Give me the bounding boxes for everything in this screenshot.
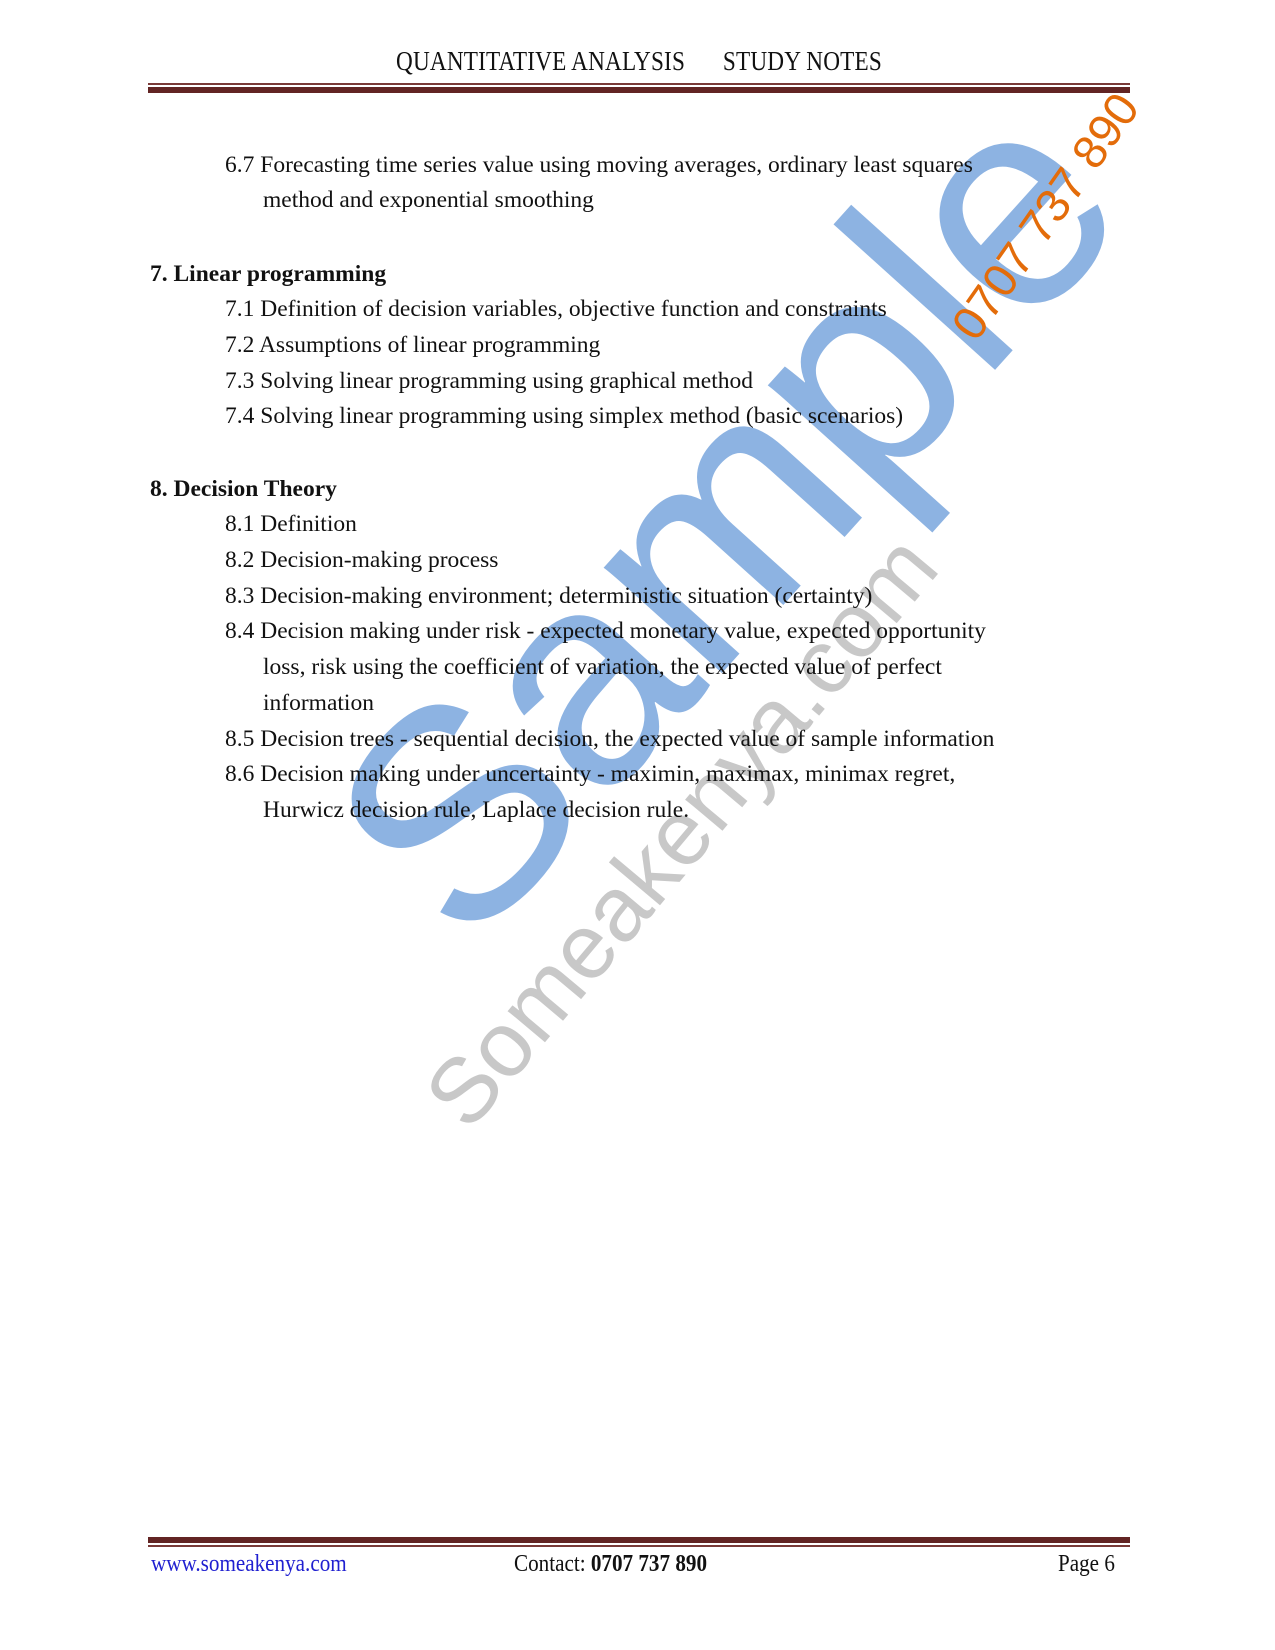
item-8-4-line1: 8.4 Decision making under risk - expecte… [225,618,986,645]
item-8-3: 8.3 Decision-making environment; determi… [225,583,872,610]
item-8-1: 8.1 Definition [225,511,357,538]
item-7-3: 7.3 Solving linear programming using gra… [225,368,753,395]
item-6-7-line2: method and exponential smoothing [263,187,594,214]
document-page: QUANTITATIVE ANALYSISSTUDY NOTES Sample … [0,0,1275,1650]
item-7-4: 7.4 Solving linear programming using sim… [225,403,903,430]
item-8-6-line1: 8.6 Decision making under uncertainty - … [225,761,955,788]
item-7-1: 7.1 Definition of decision variables, ob… [225,296,887,323]
item-6-7-line1: 6.7 Forecasting time series value using … [225,152,973,179]
item-8-2: 8.2 Decision-making process [225,547,498,574]
item-7-2: 7.2 Assumptions of linear programming [225,332,600,359]
study-notes-content: 6.7 Forecasting time series value using … [0,0,1275,1650]
item-8-5: 8.5 Decision trees - sequential decision… [225,726,994,753]
section-heading-decision-theory: 8. Decision Theory [150,476,337,503]
item-8-4-line2: loss, risk using the coefficient of vari… [263,654,942,681]
item-8-6-line2: Hurwicz decision rule, Laplace decision … [263,797,689,824]
section-heading-linear-programming: 7. Linear programming [150,261,386,288]
item-8-4-line3: information [263,690,374,717]
